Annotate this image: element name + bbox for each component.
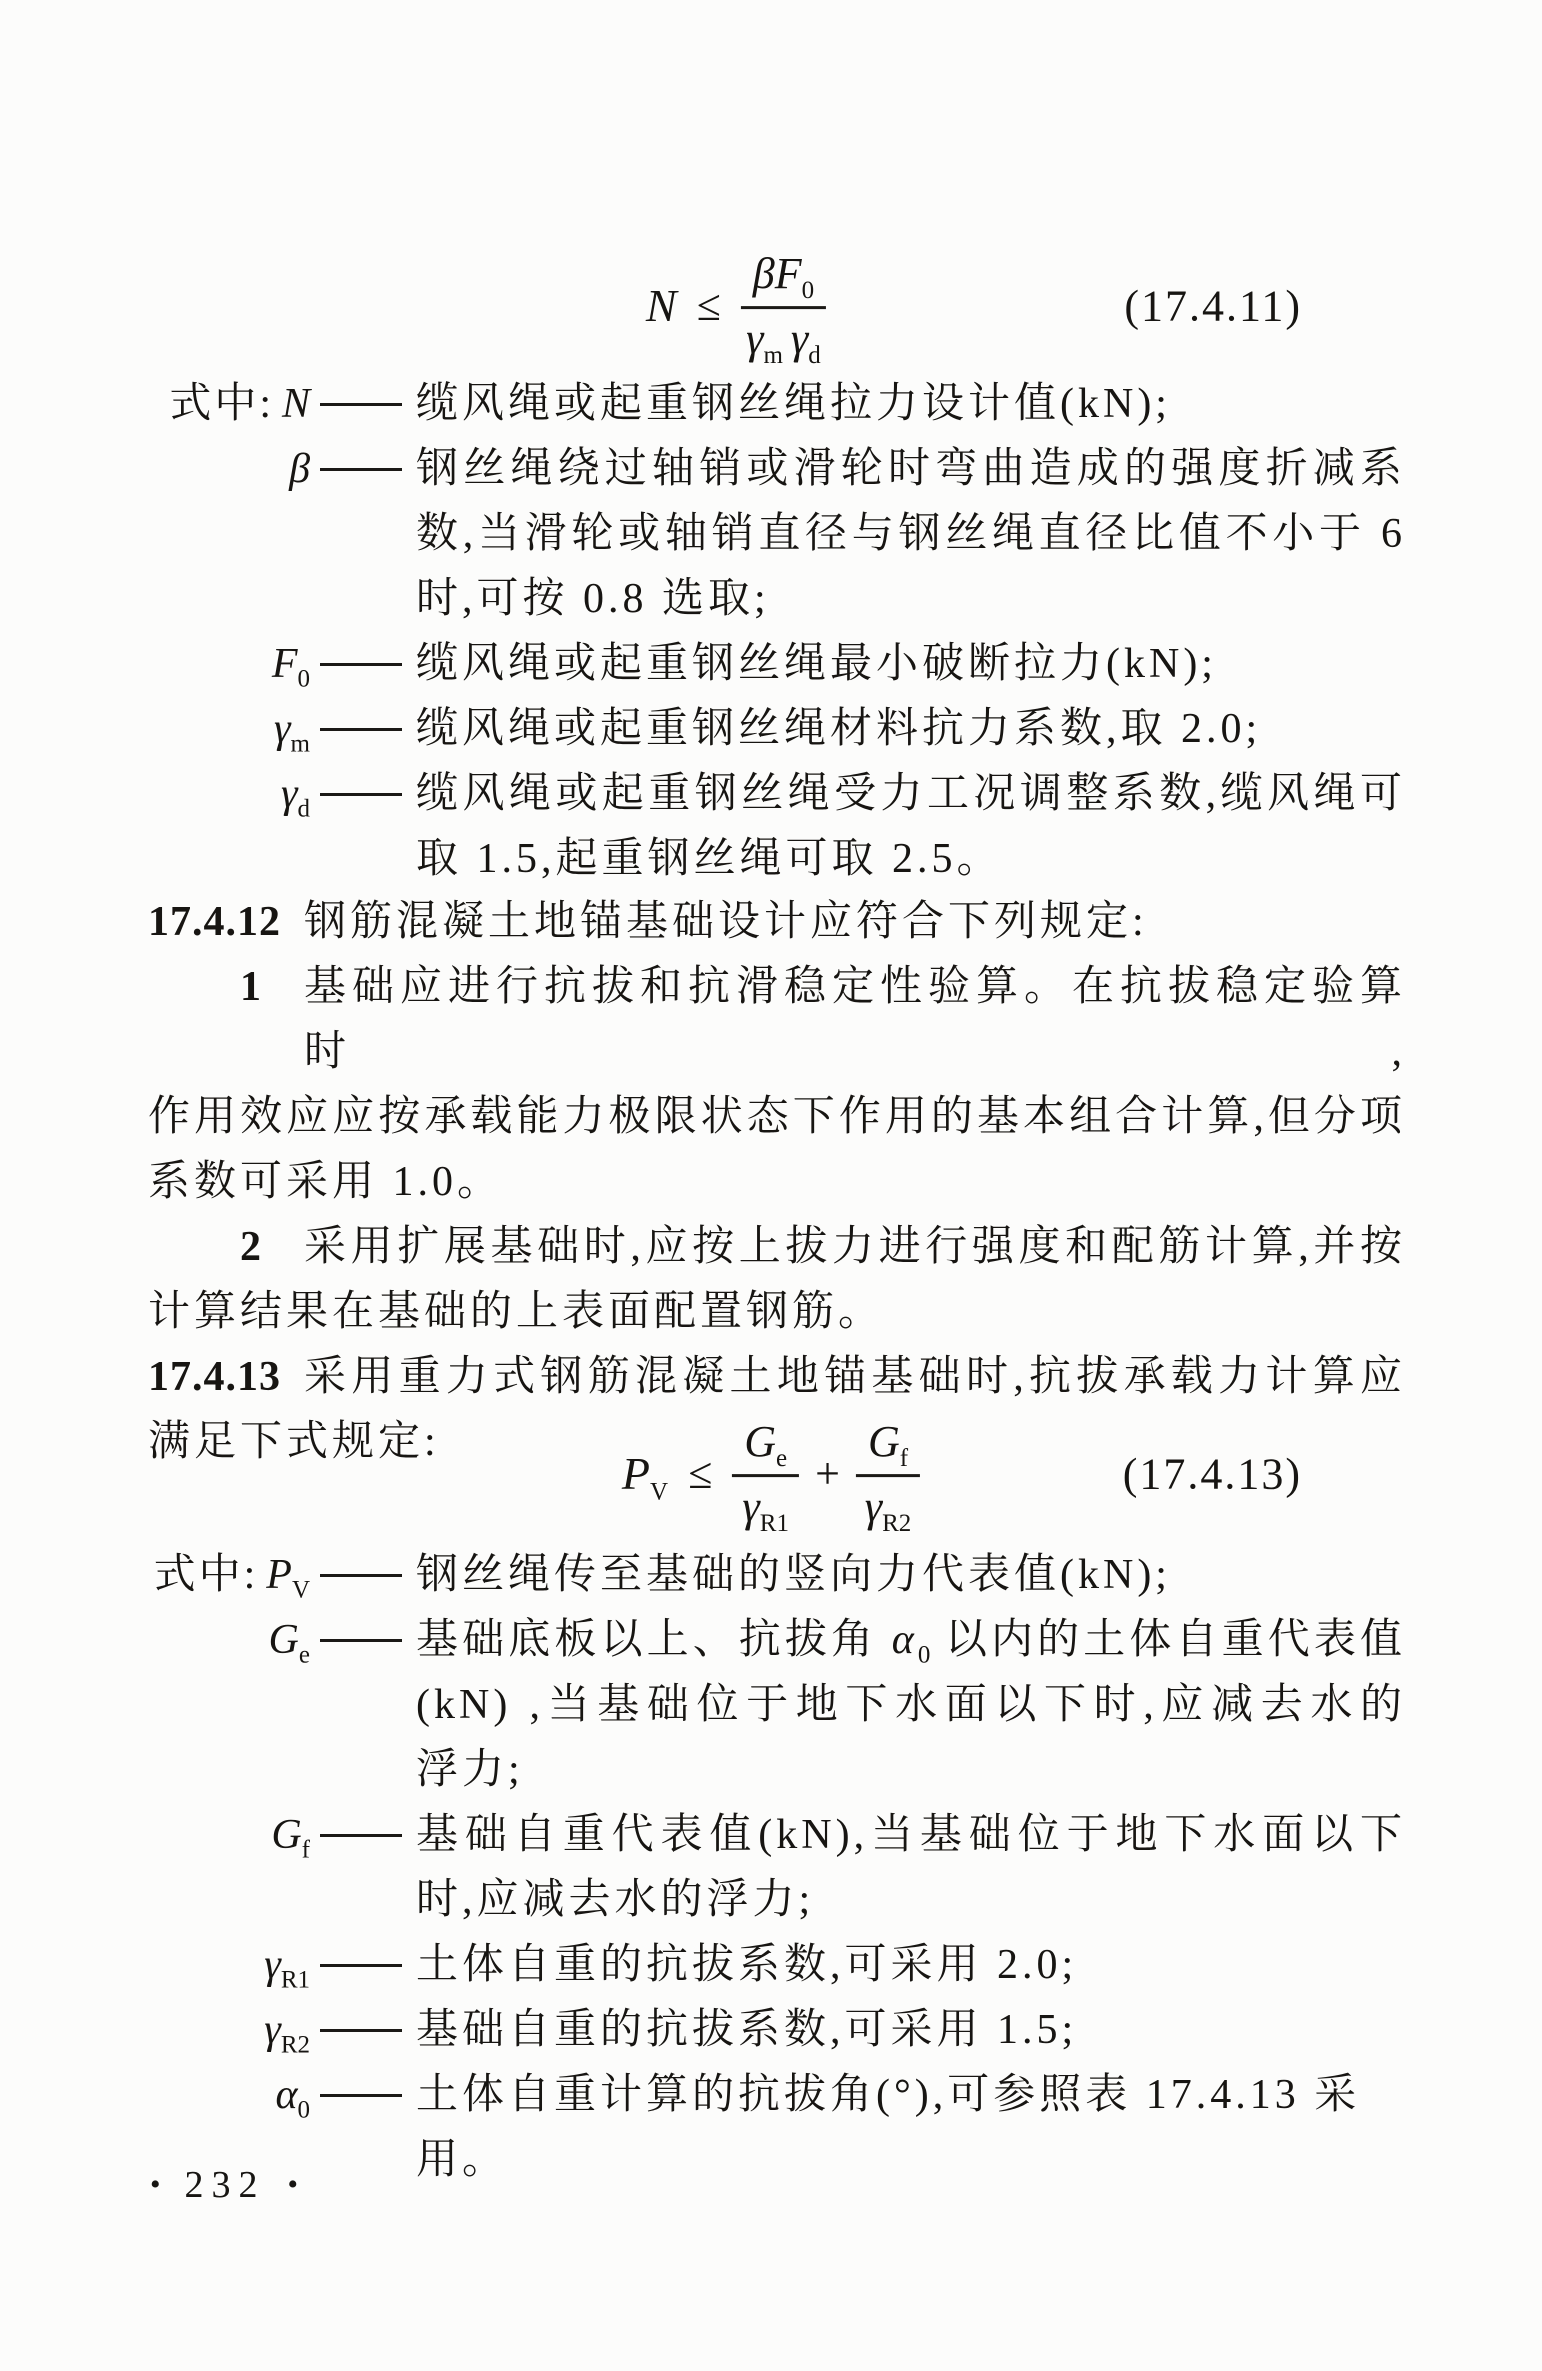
definition-text-line: 缆风绳或起重钢丝绳材料抗力系数,取 2.0; [416,697,1406,762]
item-1-first-line: 1 基础应进行抗拔和抗滑稳定性验算。在抗拔稳定验算时, [148,955,1406,1085]
symbol-subscript: f [302,1836,310,1863]
clause-title: 钢筋混凝土地锚基础设计应符合下列规定: [304,890,1406,955]
lhs-symbol: P [622,1448,650,1499]
symbol-gamma-d: γd [281,762,310,827]
denominator-symbol-1: γ [746,315,763,364]
symbol-subscript: 0 [298,2096,311,2123]
symbol-subscript: d [298,795,311,822]
text-segment: 基础底板以上、抗拔角 [416,1617,892,1663]
symbol-alpha-0: α0 [275,2063,310,2128]
denominator-symbol-2: γ [791,315,808,364]
symbol-main: G [271,1812,301,1858]
definition-dash [320,793,402,796]
symbol-main: γ [274,706,291,752]
definition-text: 基础自重代表值(kN),当基础位于地下水面以下 时,应减去水的浮力; [416,1803,1406,1933]
symbol-subscript: e [299,1641,310,1668]
symbol-gamma-R2: γR2 [264,1998,310,2063]
fraction-denominator: γR2 [865,1478,912,1532]
definition-text: 土体自重计算的抗拔角(°),可参照表 17.4.13 采用。 [416,2063,1406,2193]
denominator-subscript: R1 [760,1510,789,1537]
definition-dash [320,663,402,666]
definition-head: Ge [148,1608,310,1673]
definition-row-gamma-m: γm 缆风绳或起重钢丝绳材料抗力系数,取 2.0; [148,697,1406,762]
equation-number: (17.4.11) [1124,274,1302,339]
definition-row-F0: F0 缆风绳或起重钢丝绳最小破断拉力(kN); [148,632,1406,697]
clause-17-4-12-block: 17.4.12 钢筋混凝土地锚基础设计应符合下列规定: 1 基础应进行抗拔和抗滑… [148,890,1406,1475]
symbol-gamma-m: γm [274,697,310,762]
item-text-line: 采用扩展基础时,应按上拔力进行强度和配筋计算,并按 [304,1215,1406,1280]
item-text-line: 计算结果在基础的上表面配置钢筋。 [148,1280,1406,1345]
item-2-first-line: 2 采用扩展基础时,应按上拔力进行强度和配筋计算,并按 [148,1215,1406,1280]
definition-row-Ge: Ge 基础底板以上、抗拔角 α0 以内的土体自重代表值 (kN) ,当基础位于地… [148,1608,1406,1803]
definition-head: 式中:N [148,372,310,437]
definition-text-line: 数,当滑轮或轴销直径与钢丝绳直径比值不小于 6 [416,502,1406,567]
lhs-subscript: V [650,1478,668,1505]
definition-text: 缆风绳或起重钢丝绳最小破断拉力(kN); [416,632,1406,697]
clause-17-4-13-heading: 17.4.13 采用重力式钢筋混凝土地锚基础时,抗拔承载力计算应 [148,1345,1406,1410]
denominator-symbol: γ [742,1483,759,1532]
definition-text-line: 时,应减去水的浮力; [416,1868,1406,1933]
symbol-PV: PV [266,1543,310,1608]
fraction: βF0 γmγd [741,248,826,364]
numerator-symbol: βF [753,249,802,298]
symbol-main: α [275,2072,297,2118]
symbol-gamma-R1: γR1 [264,1933,310,1998]
definition-dash [320,468,402,471]
definition-text-line: 基础自重代表值(kN),当基础位于地下水面以下 [416,1803,1406,1868]
numerator-subscript: 0 [802,277,815,304]
definition-text: 基础自重的抗拔系数,可采用 1.5; [416,1998,1406,2063]
definition-row-gamma-R2: γR2 基础自重的抗拔系数,可采用 1.5; [148,1998,1406,2063]
definition-text-line: (kN) ,当基础位于地下水面以下时,应减去水的 [416,1673,1406,1738]
definition-dash [320,2094,402,2097]
page-number-value: 232 [185,2153,266,2218]
fraction-1: Ge γR1 [732,1416,799,1532]
text-segment: 以内的土体自重代表值 [930,1617,1406,1663]
definition-head: γm [148,697,310,762]
clause-text-line: 采用重力式钢筋混凝土地锚基础时,抗拔承载力计算应 [304,1345,1406,1410]
symbol-main: γ [264,1942,281,1988]
item-text-line: 基础应进行抗拔和抗滑稳定性验算。在抗拔稳定验算时, [304,955,1406,1085]
definition-head: α0 [148,2063,310,2128]
numerator-subscript: f [900,1445,908,1472]
definition-row-gamma-R1: γR1 土体自重的抗拔系数,可采用 2.0; [148,1933,1406,1998]
equation-lhs: PV [622,1449,668,1500]
fraction-2: Gf γR2 [856,1416,920,1532]
symbol-F0: F0 [272,632,310,697]
definition-text: 钢丝绳传至基础的竖向力代表值(kN); [416,1543,1406,1608]
definition-row-gamma-d: γd 缆风绳或起重钢丝绳受力工况调整系数,缆风绳可 取 1.5,起重钢丝绳可取 … [148,762,1406,892]
page-number: • 232 • [150,2160,300,2210]
clause-17-4-12-heading: 17.4.12 钢筋混凝土地锚基础设计应符合下列规定: [148,890,1406,955]
definition-dash [320,1964,402,1967]
definition-head: 式中:PV [148,1543,310,1608]
symbol-Gf: Gf [271,1803,310,1868]
definition-head: F0 [148,632,310,697]
definition-text: 土体自重的抗拔系数,可采用 2.0; [416,1933,1406,1998]
fraction-numerator: βF0 [741,248,826,309]
symbol-main: γ [281,771,298,817]
equation-17-4-11-body: N ≤ βF0 γmγd [646,248,826,364]
definition-head: γR2 [148,1998,310,2063]
denominator-subscript: R2 [882,1510,911,1537]
item-text-line: 作用效应应按承载能力极限状态下作用的基本组合计算,但分项 [148,1085,1406,1150]
page-number-dot: • [150,2160,163,2210]
symbol-Ge: Ge [269,1608,310,1673]
alpha-subscript: 0 [918,1641,931,1668]
less-equal-operator: ≤ [697,282,721,330]
plus-operator: + [815,1450,840,1498]
symbol-subscript: R1 [281,1966,310,1993]
page-number-dot: • [288,2160,301,2210]
item-text-line: 系数可采用 1.0。 [148,1150,1406,1215]
definition-dash [320,403,402,406]
definition-row-PV: 式中:PV 钢丝绳传至基础的竖向力代表值(kN); [148,1543,1406,1608]
definition-text: 钢丝绳绕过轴销或滑轮时弯曲造成的强度折减系 数,当滑轮或轴销直径与钢丝绳直径比值… [416,437,1406,632]
symbol-subscript: m [291,730,310,757]
definition-dash [320,1574,402,1577]
symbol-main: γ [264,2007,281,2053]
definition-text-line: 钢丝绳传至基础的竖向力代表值(kN); [416,1543,1406,1608]
definition-row-alpha-0: α0 土体自重计算的抗拔角(°),可参照表 17.4.13 采用。 [148,2063,1406,2193]
definition-text: 缆风绳或起重钢丝绳材料抗力系数,取 2.0; [416,697,1406,762]
numerator-symbol: G [744,1417,776,1466]
symbol-main: P [266,1552,292,1598]
definition-row-N: 式中:N 缆风绳或起重钢丝绳拉力设计值(kN); [148,372,1406,437]
equation-number: (17.4.13) [1123,1442,1302,1507]
definition-text-line: 取 1.5,起重钢丝绳可取 2.5。 [416,827,1406,892]
definition-text-line: 缆风绳或起重钢丝绳拉力设计值(kN); [416,372,1406,437]
definition-text-line: 基础底板以上、抗拔角 α0 以内的土体自重代表值 [416,1608,1406,1673]
denominator-subscript-1: m [763,342,782,369]
definition-dash [320,2029,402,2032]
denominator-subscript-2: d [808,342,821,369]
symbol-N: N [282,372,310,437]
symbol-subscript: 0 [298,665,311,692]
definition-text-line: 土体自重计算的抗拔角(°),可参照表 17.4.13 采用。 [416,2063,1406,2193]
definition-text-line: 缆风绳或起重钢丝绳受力工况调整系数,缆风绳可 [416,762,1406,827]
fraction-numerator: Gf [856,1416,920,1477]
fraction-denominator: γR1 [742,1478,789,1532]
symbol-beta: β [289,437,310,502]
denominator-symbol: γ [865,1483,882,1532]
item-number: 2 [240,1215,304,1280]
definitions-block-2: 式中:PV 钢丝绳传至基础的竖向力代表值(kN); Ge 基础底板以上、抗拔角 … [148,1543,1406,2193]
clause-number: 17.4.12 [148,890,304,955]
numerator-subscript: e [776,1445,787,1472]
equation-17-4-13-body: PV ≤ Ge γR1 + Gf γR2 [622,1416,920,1532]
definition-head: β [148,437,310,502]
equation-lhs: N [646,281,677,332]
symbol-main: G [269,1617,299,1663]
definition-text-line: 浮力; [416,1738,1406,1803]
definition-text-line: 缆风绳或起重钢丝绳最小破断拉力(kN); [416,632,1406,697]
definition-row-Gf: Gf 基础自重代表值(kN),当基础位于地下水面以下 时,应减去水的浮力; [148,1803,1406,1933]
definition-text: 缆风绳或起重钢丝绳拉力设计值(kN); [416,372,1406,437]
document-page: N ≤ βF0 γmγd (17.4.11) 式中:N 缆风绳或起重钢丝绳拉力设… [0,0,1542,2371]
shizhong-label: 式中: [154,1543,259,1608]
definition-head: γd [148,762,310,827]
shizhong-label: 式中: [169,372,274,437]
less-equal-operator: ≤ [688,1450,712,1498]
definition-text-line: 时,可按 0.8 选取; [416,567,1406,632]
definition-text: 缆风绳或起重钢丝绳受力工况调整系数,缆风绳可 取 1.5,起重钢丝绳可取 2.5… [416,762,1406,892]
definition-head: Gf [148,1803,310,1868]
numerator-symbol: G [868,1417,900,1466]
equation-17-4-13: PV ≤ Ge γR1 + Gf γR2 (17.4.13) [0,1405,1542,1543]
definition-dash [320,728,402,731]
definition-text-line: 钢丝绳绕过轴销或滑轮时弯曲造成的强度折减系 [416,437,1406,502]
symbol-subscript: V [292,1576,310,1603]
fraction-denominator: γmγd [746,310,821,364]
definition-head: γR1 [148,1933,310,1998]
item-number: 1 [240,955,304,1020]
definition-dash [320,1834,402,1837]
definition-row-beta: β 钢丝绳绕过轴销或滑轮时弯曲造成的强度折减系 数,当滑轮或轴销直径与钢丝绳直径… [148,437,1406,632]
equation-17-4-11: N ≤ βF0 γmγd (17.4.11) [0,236,1542,376]
definition-text-line: 基础自重的抗拔系数,可采用 1.5; [416,1998,1406,2063]
fraction-numerator: Ge [732,1416,799,1477]
clause-number: 17.4.13 [148,1345,304,1410]
alpha-symbol: α [892,1617,918,1663]
definitions-block-1: 式中:N 缆风绳或起重钢丝绳拉力设计值(kN); β 钢丝绳绕过轴销或滑轮时弯曲… [148,372,1406,892]
symbol-main: F [272,641,298,687]
definition-dash [320,1639,402,1642]
definition-text-line: 土体自重的抗拔系数,可采用 2.0; [416,1933,1406,1998]
definition-text: 基础底板以上、抗拔角 α0 以内的土体自重代表值 (kN) ,当基础位于地下水面… [416,1608,1406,1803]
symbol-subscript: R2 [281,2031,310,2058]
